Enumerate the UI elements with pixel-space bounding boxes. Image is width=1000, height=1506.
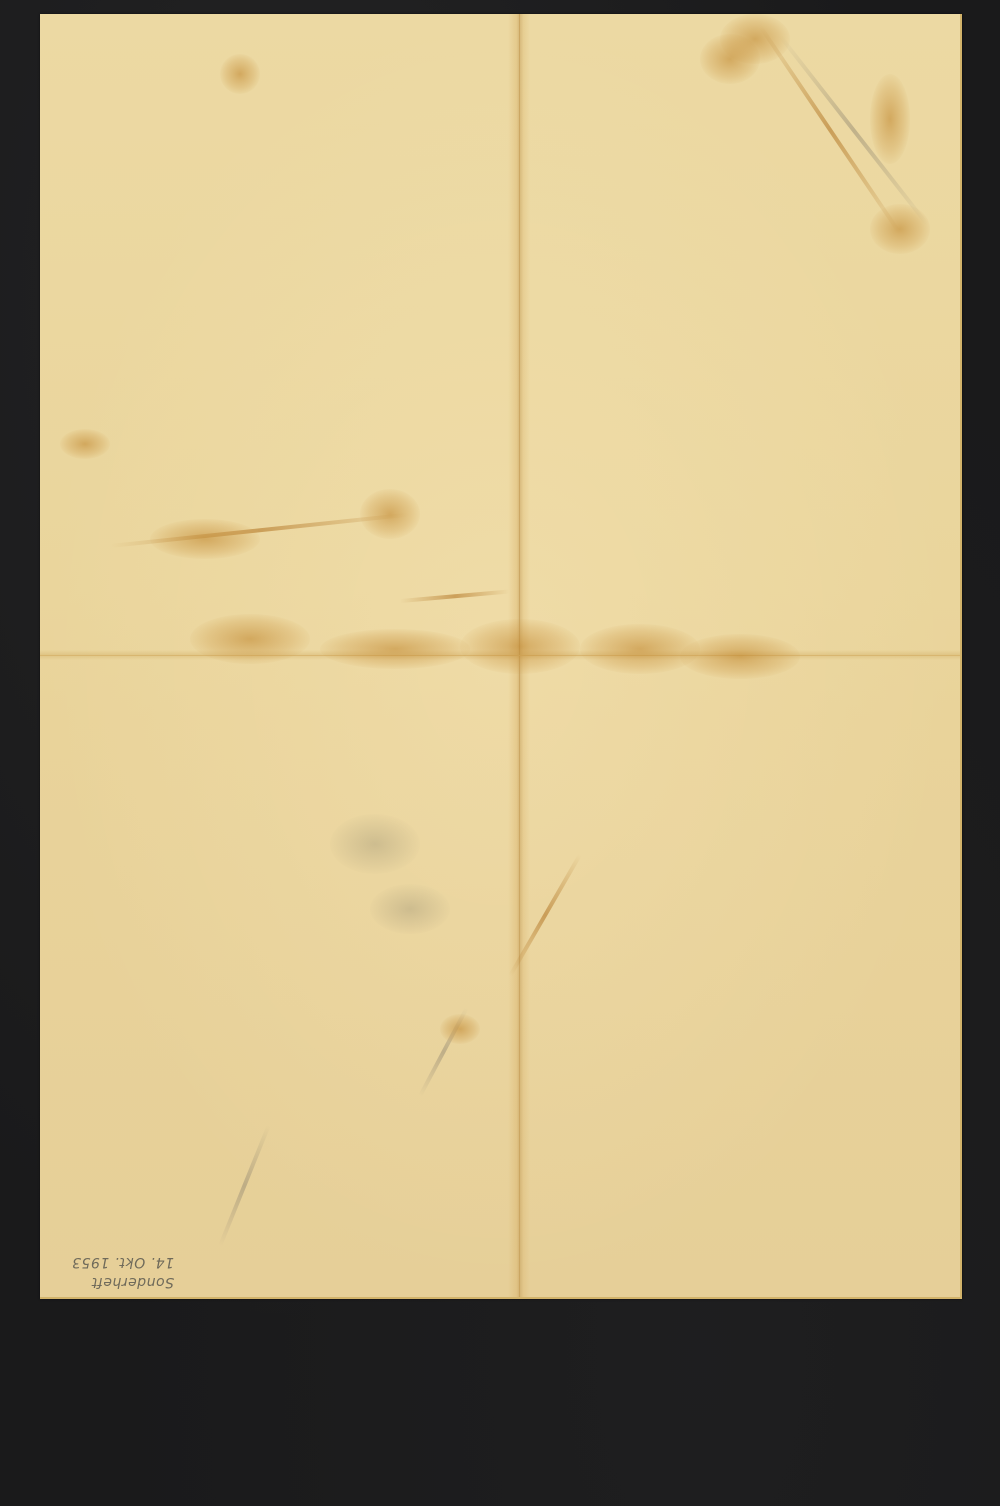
- stain-left-middle: [60, 429, 110, 459]
- smudge-lower-2: [370, 884, 450, 934]
- stain-top-left: [220, 54, 260, 94]
- smudge-lower-1: [330, 814, 420, 874]
- handwritten-note: Sonderheft 14. Okt. 1953: [64, 1252, 174, 1292]
- streak-diagonal-top-right: [758, 25, 901, 234]
- stain-fold-2: [320, 629, 470, 669]
- stain-fold-4: [580, 624, 700, 674]
- stain-top-right-3: [870, 74, 910, 164]
- streak-left-horizontal: [110, 513, 409, 548]
- streak-lower-left-2: [418, 1007, 468, 1097]
- streak-lower-left-1: [218, 1125, 270, 1247]
- stain-top-right-2: [700, 34, 760, 84]
- paper-sheet: Sonderheft 14. Okt. 1953: [40, 14, 962, 1299]
- note-line-date: 14. Okt. 1953: [64, 1252, 174, 1272]
- note-line-title: Sonderheft: [64, 1272, 174, 1292]
- streak-diagonal-top-right-2: [778, 35, 929, 227]
- streak-center: [400, 589, 510, 603]
- horizontal-fold-line: [40, 650, 960, 660]
